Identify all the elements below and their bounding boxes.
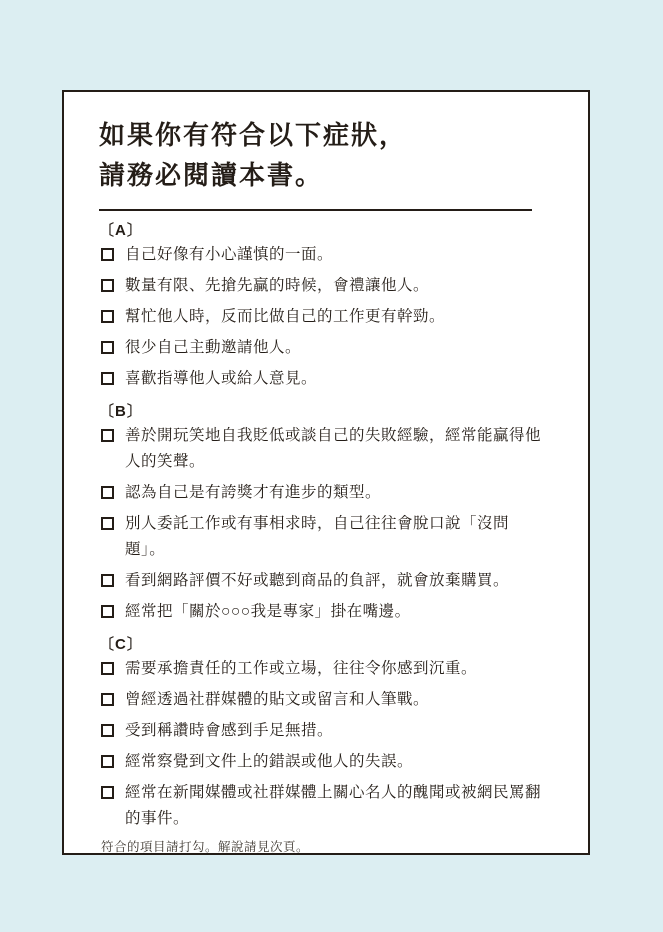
checklist-item: 需要承擔責任的工作或立場，往往令你感到沉重。 <box>99 656 558 682</box>
checkbox[interactable] <box>101 755 114 768</box>
checkbox[interactable] <box>101 786 114 799</box>
checklist-item-label: 善於開玩笑地自我貶低或談自己的失敗經驗，經常能贏得他人的笑聲。 <box>125 423 546 475</box>
checklist-item: 曾經透過社群媒體的貼文或留言和人筆戰。 <box>99 687 558 713</box>
checklist-item-label: 曾經透過社群媒體的貼文或留言和人筆戰。 <box>125 687 546 713</box>
checklist-item-label: 別人委託工作或有事相求時，自己往往會脫口說「沒問題」。 <box>125 511 546 563</box>
checkbox[interactable] <box>101 372 114 385</box>
title-divider <box>99 209 532 211</box>
section-c-label: 〔C〕 <box>99 635 558 654</box>
checklist-item-label: 經常在新聞媒體或社群媒體上關心名人的醜聞或被網民罵翻的事件。 <box>125 780 546 832</box>
checkbox[interactable] <box>101 429 114 442</box>
checklist-item: 別人委託工作或有事相求時，自己往往會脫口說「沒問題」。 <box>99 511 558 563</box>
checkbox[interactable] <box>101 486 114 499</box>
checkbox[interactable] <box>101 517 114 530</box>
checklist-item: 善於開玩笑地自我貶低或談自己的失敗經驗，經常能贏得他人的笑聲。 <box>99 423 558 475</box>
checkbox[interactable] <box>101 248 114 261</box>
checklist-item: 很少自己主動邀請他人。 <box>99 335 558 361</box>
checklist-item: 幫忙他人時，反而比做自己的工作更有幹勁。 <box>99 304 558 330</box>
section-c: 〔C〕 需要承擔責任的工作或立場，往往令你感到沉重。 曾經透過社群媒體的貼文或留… <box>99 635 558 832</box>
checkbox[interactable] <box>101 724 114 737</box>
checklist-item: 受到稱讚時會感到手足無措。 <box>99 718 558 744</box>
checklist-item-label: 數量有限、先搶先贏的時候，會禮讓他人。 <box>125 273 546 299</box>
title-line-1: 如果你有符合以下症狀， <box>99 115 558 155</box>
checklist-item: 數量有限、先搶先贏的時候，會禮讓他人。 <box>99 273 558 299</box>
book-page: 如果你有符合以下症狀， 請務必閱讀本書。 〔A〕 自己好像有小心謹慎的一面。 數… <box>0 0 663 932</box>
checklist-item: 喜歡指導他人或給人意見。 <box>99 366 558 392</box>
checkbox[interactable] <box>101 574 114 587</box>
checklist-item: 認為自己是有誇獎才有進步的類型。 <box>99 480 558 506</box>
title-line-2: 請務必閱讀本書。 <box>99 155 558 195</box>
checklist-item: 看到網路評價不好或聽到商品的負評，就會放棄購買。 <box>99 568 558 594</box>
checklist-item: 經常把「關於○○○我是專家」掛在嘴邊。 <box>99 599 558 625</box>
checklist-item-label: 喜歡指導他人或給人意見。 <box>125 366 546 392</box>
checklist-item-label: 經常把「關於○○○我是專家」掛在嘴邊。 <box>125 599 546 625</box>
checklist-item-label: 看到網路評價不好或聽到商品的負評，就會放棄購買。 <box>125 568 546 594</box>
checkbox[interactable] <box>101 662 114 675</box>
checklist-item-label: 受到稱讚時會感到手足無措。 <box>125 718 546 744</box>
checklist-item-label: 很少自己主動邀請他人。 <box>125 335 546 361</box>
section-b: 〔B〕 善於開玩笑地自我貶低或談自己的失敗經驗，經常能贏得他人的笑聲。 認為自己… <box>99 402 558 625</box>
footer-note: 符合的項目請打勾。解說請見次頁。 <box>101 838 558 856</box>
page-title: 如果你有符合以下症狀， 請務必閱讀本書。 <box>99 115 558 195</box>
section-a: 〔A〕 自己好像有小心謹慎的一面。 數量有限、先搶先贏的時候，會禮讓他人。 幫忙… <box>99 221 558 392</box>
checkbox[interactable] <box>101 341 114 354</box>
checklist-item-label: 認為自己是有誇獎才有進步的類型。 <box>125 480 546 506</box>
checklist-item-label: 自己好像有小心謹慎的一面。 <box>125 242 546 268</box>
checklist-item: 自己好像有小心謹慎的一面。 <box>99 242 558 268</box>
checklist-item: 經常察覺到文件上的錯誤或他人的失誤。 <box>99 749 558 775</box>
checkbox[interactable] <box>101 279 114 292</box>
section-b-label: 〔B〕 <box>99 402 558 421</box>
checkbox[interactable] <box>101 605 114 618</box>
checklist-item-label: 幫忙他人時，反而比做自己的工作更有幹勁。 <box>125 304 546 330</box>
checklist-card: 如果你有符合以下症狀， 請務必閱讀本書。 〔A〕 自己好像有小心謹慎的一面。 數… <box>62 90 590 855</box>
checklist-item-label: 需要承擔責任的工作或立場，往往令你感到沉重。 <box>125 656 546 682</box>
section-a-label: 〔A〕 <box>99 221 558 240</box>
checkbox[interactable] <box>101 310 114 323</box>
checklist-item-label: 經常察覺到文件上的錯誤或他人的失誤。 <box>125 749 546 775</box>
checkbox[interactable] <box>101 693 114 706</box>
checklist-item: 經常在新聞媒體或社群媒體上關心名人的醜聞或被網民罵翻的事件。 <box>99 780 558 832</box>
